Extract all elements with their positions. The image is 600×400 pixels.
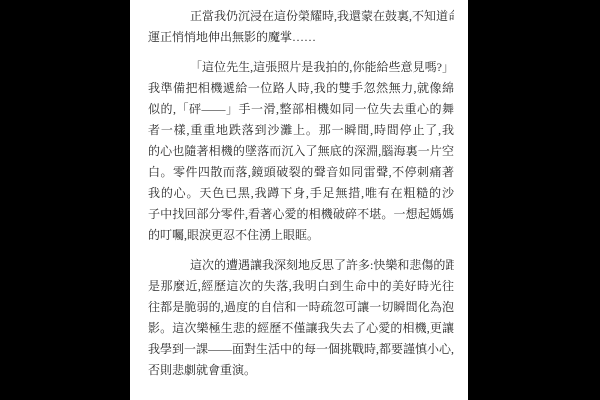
text-line: 我學到一課——面對生活中的每一個挑戰時,都要謹慎小心,	[148, 339, 454, 360]
text-line: 子中找回部分零件,看著心愛的相機破碎不堪。一想起媽媽	[148, 204, 454, 225]
text-line: 我的心。天色已黑,我蹲下身,手足無措,唯有在粗糙的沙	[148, 183, 454, 204]
text-line: 否則悲劇就會重演。	[148, 360, 454, 381]
text-line: 「這位先生,這張照片是我拍的,你能給些意見嗎?」	[148, 57, 454, 78]
text-line: 者一樣,重重地跌落到沙灘上。那一瞬間,時間停止了,我	[148, 120, 454, 141]
paragraph: 這次的遭遇讓我深刻地反思了許多:快樂和悲傷的距離是那麼近,經歷這次的失落,我明白…	[148, 255, 454, 381]
text-line: 我準備把相機遞給一位路人時,我的雙手忽然無力,就像綿	[148, 78, 454, 99]
text-line: 影。這次樂極生悲的經歷不僅讓我失去了心愛的相機,更讓	[148, 318, 454, 339]
text-line: 似的,「砰——」手一滑,整部相機如同一位失去重心的舞	[148, 99, 454, 120]
paragraph: 正當我仍沉浸在這份榮耀時,我還蒙在鼓裏,不知道命運正悄悄地伸出無影的魔掌……	[148, 6, 454, 48]
text-line: 正當我仍沉浸在這份榮耀時,我還蒙在鼓裏,不知道命	[148, 6, 454, 27]
text-line: 運正悄悄地伸出無影的魔掌……	[148, 27, 454, 48]
text-line: 白。零件四散而落,鏡頭破裂的聲音如同雷聲,不停刺痛著	[148, 162, 454, 183]
text-line: 的心也隨著相機的墜落而沉入了無底的深淵,腦海裏一片空	[148, 141, 454, 162]
text-line: 的叮囑,眼淚更忍不住湧上眼眶。	[148, 225, 454, 246]
text-line: 往都是脆弱的,過度的自信和一時疏忽可讓一切瞬間化為泡	[148, 297, 454, 318]
text-line: 是那麼近,經歷這次的失落,我明白到生命中的美好時光往	[148, 276, 454, 297]
text-line: 這次的遭遇讓我深刻地反思了許多:快樂和悲傷的距離	[148, 255, 454, 276]
document-page: 正當我仍沉浸在這份榮耀時,我還蒙在鼓裏,不知道命運正悄悄地伸出無影的魔掌……「這…	[130, 0, 468, 400]
viewer-background: 正當我仍沉浸在這份榮耀時,我還蒙在鼓裏,不知道命運正悄悄地伸出無影的魔掌……「這…	[0, 0, 600, 400]
paragraph: 「這位先生,這張照片是我拍的,你能給些意見嗎?」我準備把相機遞給一位路人時,我的…	[148, 57, 454, 246]
